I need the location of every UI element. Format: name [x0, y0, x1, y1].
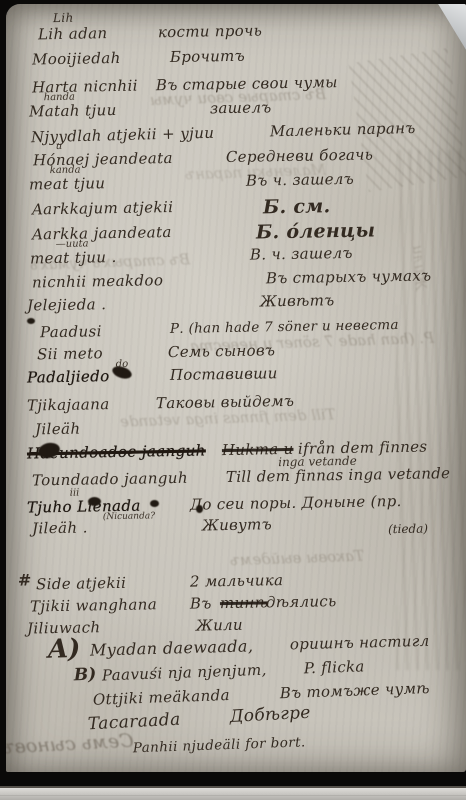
entry-translation: кости прочь	[158, 21, 262, 41]
entry-word: Myadan daewaada,	[90, 636, 254, 659]
entry-translation-struck: тинѣ	[220, 593, 269, 612]
entry-translation: зашелъ	[210, 98, 272, 117]
ink-blot	[196, 505, 203, 513]
entry-word: Lih	[53, 11, 74, 25]
entry-word: nicnhii meakdoo	[32, 271, 164, 291]
entry-word: Panhii njudeäli for bort.	[133, 734, 306, 756]
entry-translation: Въ старые свои чумы	[156, 73, 338, 94]
entry-translation: Середневи богачь	[226, 145, 374, 166]
entry-translation: Живѣтъ	[260, 291, 335, 310]
page-stack-line	[0, 795, 466, 796]
entry-word: Paavuśi nja njenjum,	[102, 661, 267, 685]
entry-word: Jileäh .	[32, 518, 88, 537]
manuscript-photo: Въ старые свои чумы Маленьки паранъ Въ с…	[0, 0, 466, 800]
entry-word: Mooijiedah	[32, 49, 121, 69]
entry-translation: До сеи поры. Доныне (пр.	[190, 492, 402, 514]
ink-bleedthrough: Таковы выйдемъ	[230, 547, 365, 570]
entry-word: Side atjekii	[36, 574, 127, 594]
entry-word: Matah tjuu	[29, 101, 117, 121]
entry-translation: Въ	[190, 594, 212, 612]
inserted-word: (Nicuanda?	[103, 511, 155, 522]
entry-word: meat tjuu .	[30, 248, 117, 268]
entry-word: Tacaraada	[87, 710, 181, 735]
ink-blot	[27, 318, 35, 324]
entry-translation: Въ ч. зашелъ	[246, 170, 354, 190]
entry-translation: 2 мальчика	[190, 571, 284, 591]
entry-word: Jileäh	[35, 420, 81, 439]
entry-translation: Таковы выйдемъ	[156, 392, 295, 412]
entry-translation: дѣялись	[266, 592, 337, 611]
ink-blot	[150, 500, 159, 507]
entry-translation: P. flicka	[303, 657, 364, 677]
entry-word: Toundaado jaanguh	[32, 469, 188, 490]
entry-translation: Живутъ	[202, 515, 272, 534]
entry-translation: Б. см.	[263, 195, 331, 218]
entry-translation: Жили	[196, 616, 243, 635]
entry-word: Padaljiedo	[27, 367, 110, 386]
entry-translation: Till dem finnas inga vetande	[226, 464, 451, 486]
entry-word: Aarkkajum atjekii	[32, 198, 174, 218]
entry-translation: Маленьки паранъ	[270, 119, 416, 141]
entry-translation: Поставивши	[170, 364, 278, 384]
entry-word: Paadusi	[40, 322, 102, 341]
entry-word: Ottjiki meäkanda	[93, 686, 231, 709]
book-edge-pages	[0, 786, 466, 800]
manuscript-page: Въ старые свои чумы Маленьки паранъ Въ с…	[6, 4, 466, 772]
page-content: Въ старые свои чумы Маленьки паранъ Въ с…	[6, 4, 466, 772]
entry-word: Lih adan	[38, 24, 108, 43]
section-label-a: A)	[48, 634, 81, 665]
entry-translation: В. ч. зашелъ	[250, 244, 353, 264]
hash-mark: #	[18, 570, 32, 589]
entry-word: Aarkka jaandeata	[32, 223, 172, 243]
section-label-b: B)	[74, 665, 97, 686]
entry-word: meat tjuu	[29, 174, 106, 193]
entry-translation: Добѣгре	[229, 703, 311, 727]
entry-translation: Р. (han hade 7 söner и невеста	[170, 317, 399, 337]
entry-translation: Семь сыновъ	[168, 341, 276, 361]
entry-translation: Б. о́ленцы	[256, 219, 376, 243]
entry-word: Tjikajaana	[27, 395, 110, 414]
entry-word: Sii meto	[37, 344, 103, 363]
entry-translation: оришнъ настигл	[290, 632, 430, 654]
ink-blot	[88, 497, 101, 506]
entry-word: Tjikii wanghana	[30, 595, 157, 615]
entry-translation: Въ старыхъ чумахъ	[266, 266, 432, 287]
margin-note: (tieda)	[388, 522, 428, 537]
entry-translation: Брочитъ	[170, 47, 245, 66]
entry-word: Jelejieda .	[27, 295, 107, 314]
